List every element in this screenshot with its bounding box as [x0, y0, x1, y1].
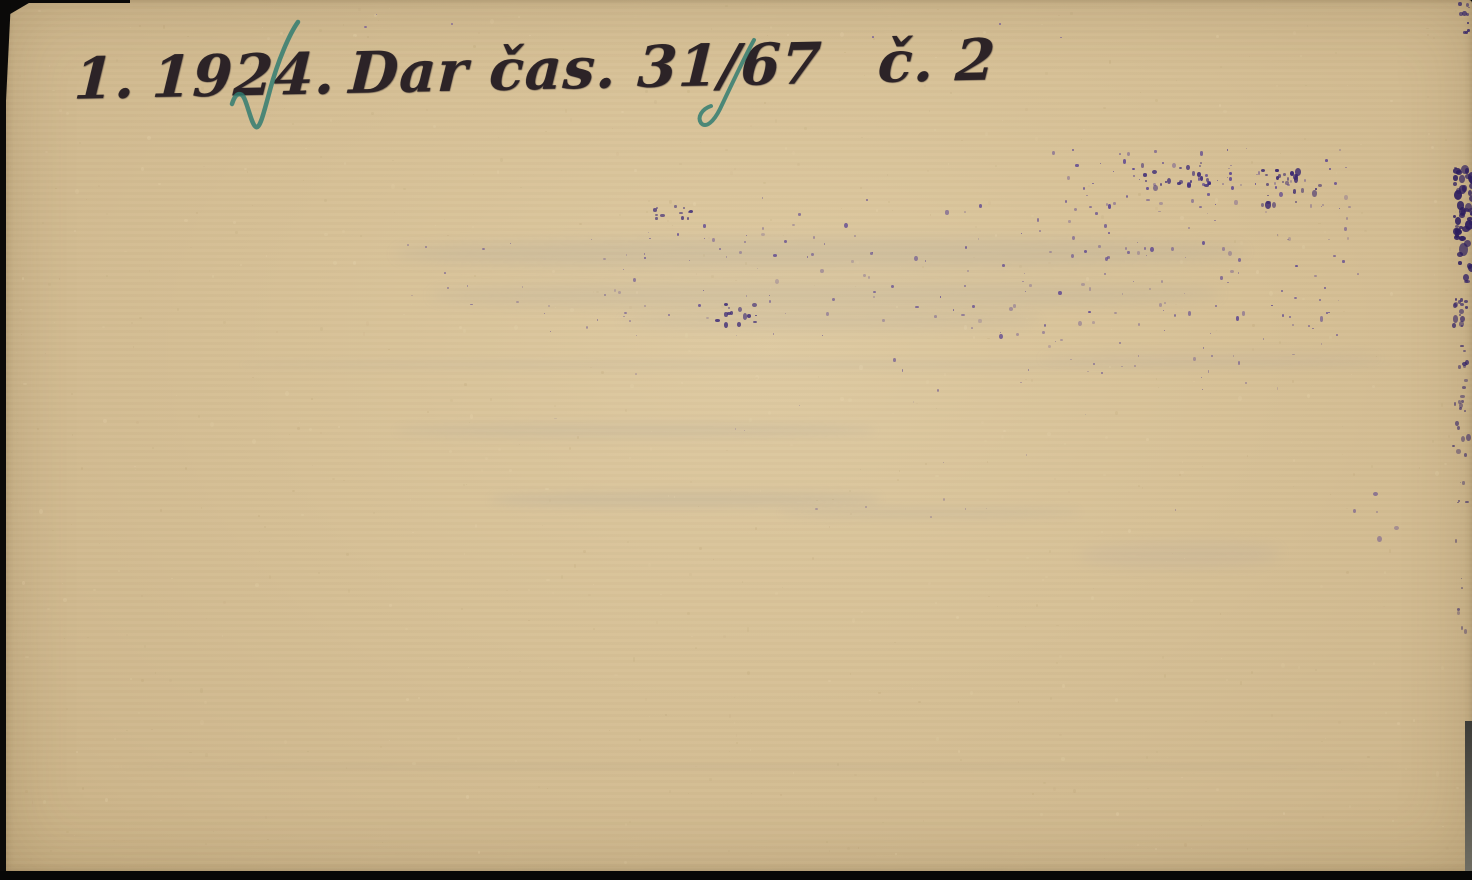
- checkmark-icon: [692, 36, 762, 134]
- scan-edge-bottom: [0, 871, 1472, 880]
- scan-edge-top: [0, 0, 130, 3]
- scan-edge-left: [0, 0, 6, 880]
- checkmark-icon: [226, 16, 304, 136]
- entry-issue-number: č. 2: [876, 26, 997, 97]
- scanned-index-card: 1. 1924. Dar čas. 31/67 č. 2: [0, 0, 1472, 880]
- scan-edge-bottom-right: [1465, 721, 1472, 871]
- entry-item-number: 1.: [72, 44, 137, 114]
